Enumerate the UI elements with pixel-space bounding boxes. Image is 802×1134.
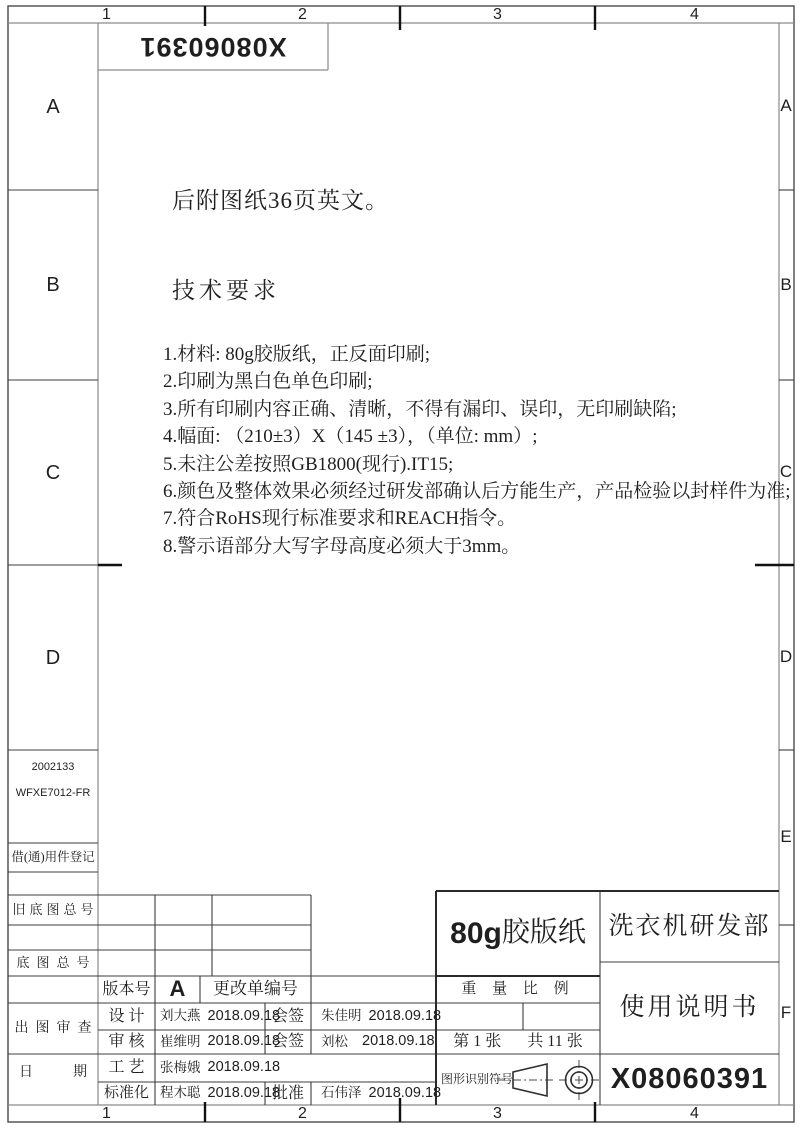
tech-item: 1.材料: 80g胶版纸，正反面印刷; [163,341,763,368]
tech-item: 2.印刷为黑白色单色印刷; [163,368,763,395]
role-design-label: 设 计 [98,1003,155,1030]
approver-name: 石伟泽 [321,1086,362,1101]
process-date: 2018.09.18 [208,1060,281,1076]
sheet-total: 共 11 张 [527,1033,582,1051]
zone-number-bottom-3: 3 [400,1105,595,1122]
tech-item: 4.幅面: （210±3）X（145 ±3），（单位: mm）; [163,423,763,450]
department-name: 洗衣机研发部 [600,891,779,962]
tech-requirements-list: 1.材料: 80g胶版纸，正反面印刷; 2.印刷为黑白色单色印刷; 3.所有印刷… [163,341,763,560]
approve-cell: 石伟泽 2018.09.18 [311,1082,446,1105]
countersign-date-2: 2018.09.18 [362,1034,435,1050]
tech-item: 5.未注公差按照GB1800(现行).IT15; [163,451,763,478]
zone-number-top-1: 1 [8,6,205,23]
countersign-cell-2: 刘松 2018.09.18 [311,1030,446,1054]
process-name: 张梅娥 [160,1061,201,1076]
attachment-note: 后附图纸36页英文。 [172,186,592,216]
borrowed-parts-label: 借(通)用件登记 [8,843,98,872]
material-name: 80g胶版纸 [436,891,600,976]
zone-number-top-3: 3 [400,6,595,23]
material-type: 胶版纸 [502,918,586,949]
tech-requirements-title: 技术要求 [172,276,472,306]
countersigner-name-2: 刘松 [321,1035,348,1050]
zone-number-top-4: 4 [595,6,794,23]
designer-name: 刘大燕 [160,1009,201,1024]
zone-letter-right-d: D [777,565,795,750]
tech-item: 6.颜色及整体效果必须经过研发部确认后方能生产，产品检验以封样件为准; [163,478,763,505]
tech-item: 8.警示语部分大写字母高度必须大于3mm。 [163,533,763,560]
countersign-label-2: 会签 [265,1030,311,1054]
zone-number-bottom-2: 2 [205,1105,400,1122]
version-label: 版本号 [98,976,155,1003]
approve-date: 2018.09.18 [369,1086,442,1102]
zone-letter-left-a: A [8,23,98,190]
date-label-right: 期 [73,1065,87,1080]
zone-letter-left-d: D [8,565,98,750]
first-angle-projection-icon [497,1059,601,1101]
date-label-left: 日 [19,1065,33,1080]
countersign-cell-1: 朱佳明 2018.09.18 [311,1003,446,1030]
zone-number-top-2: 2 [205,6,400,23]
zone-letter-right-e: E [777,750,795,925]
zone-letter-right-b: B [777,190,795,380]
zone-number-bottom-1: 1 [8,1105,205,1122]
negative-number-label: 底图总号 [8,950,98,976]
check-name-cell: 崔维明 2018.09.18 [155,1030,270,1054]
part-number: 2002133 [8,758,98,776]
design-name-cell: 刘大燕 2018.09.18 [155,1003,270,1030]
engineering-drawing-sheet: 1 2 3 4 1 2 3 4 A B C D A B C D E F X080… [0,0,802,1134]
change-order-label: 更改单编号 [200,976,311,1003]
countersign-label-1: 会签 [265,1003,311,1030]
document-type: 使用说明书 [600,962,779,1054]
drawing-number-inverted: X08060391 [98,23,328,70]
drawing-number: X08060391 [600,1054,779,1105]
standardization-name-cell: 程木聪 2018.09.18 [155,1082,270,1105]
date-label: 日 期 [8,1054,98,1092]
zone-letter-right-f: F [777,925,795,1102]
standardization-name: 程木聪 [160,1086,201,1101]
tech-item: 3.所有印刷内容正确、清晰，不得有漏印、误印，无印刷缺陷; [163,396,763,423]
role-process-label: 工 艺 [98,1054,155,1082]
checker-name: 崔维明 [160,1035,201,1050]
material-weight-prefix: 80g [450,917,502,950]
weight-scale-label: 重 量 比 例 [436,976,600,1003]
process-name-cell: 张梅娥 2018.09.18 [155,1054,441,1082]
role-standardization-label: 标准化 [98,1082,155,1105]
zone-letter-left-c: C [8,380,98,565]
countersign-date-1: 2018.09.18 [369,1009,442,1025]
approve-label: 批准 [265,1082,311,1105]
plot-review-label: 出图审查 [8,1003,98,1054]
zone-letter-left-b: B [8,190,98,380]
version-value: A [155,976,200,1003]
model-number: WFXE7012-FR [8,784,98,802]
tech-item: 7.符合RoHS现行标准要求和REACH指令。 [163,505,763,532]
sheet-current: 第 1 张 [453,1033,501,1051]
zone-letter-right-a: A [777,23,795,190]
zone-letter-right-c: C [777,380,795,565]
old-negative-number-label: 旧底图总号 [8,895,98,925]
zone-number-bottom-4: 4 [595,1105,794,1122]
sheet-info: 第 1 张 共 11 张 [436,1030,600,1054]
countersigner-name-1: 朱佳明 [321,1009,362,1024]
role-check-label: 审 核 [98,1030,155,1054]
